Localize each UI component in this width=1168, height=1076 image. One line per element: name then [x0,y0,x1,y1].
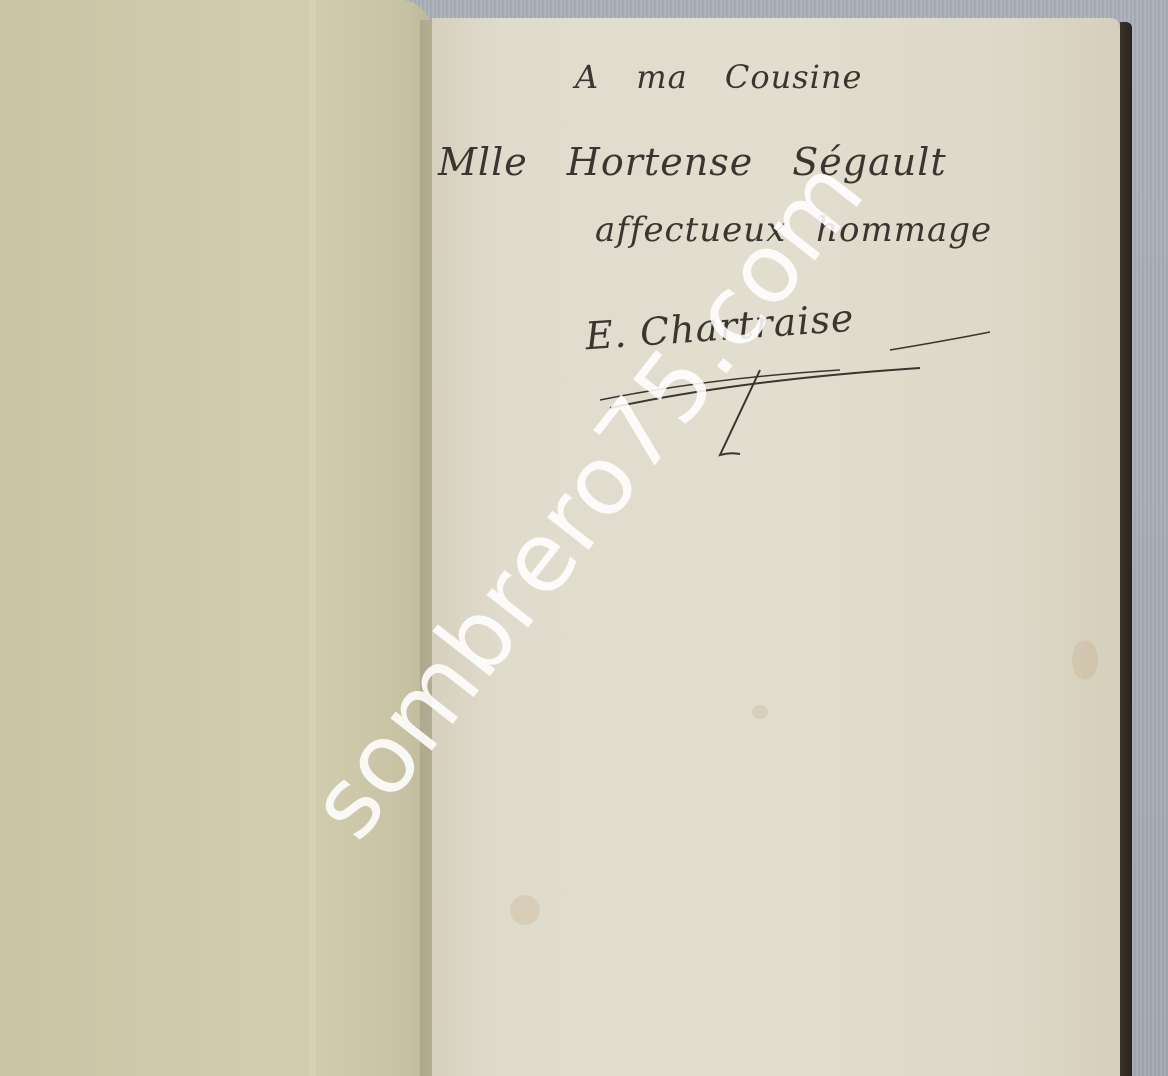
left-endpaper [0,0,440,1076]
inscription-line-1: A ma Cousine [575,58,862,96]
foxing-spot [752,705,768,719]
inscription-line-2: Mlle Hortense Ségault [438,140,947,184]
cover-edge [1120,22,1132,1076]
foxing-spot [510,895,540,925]
foxing-spot [1072,640,1098,680]
